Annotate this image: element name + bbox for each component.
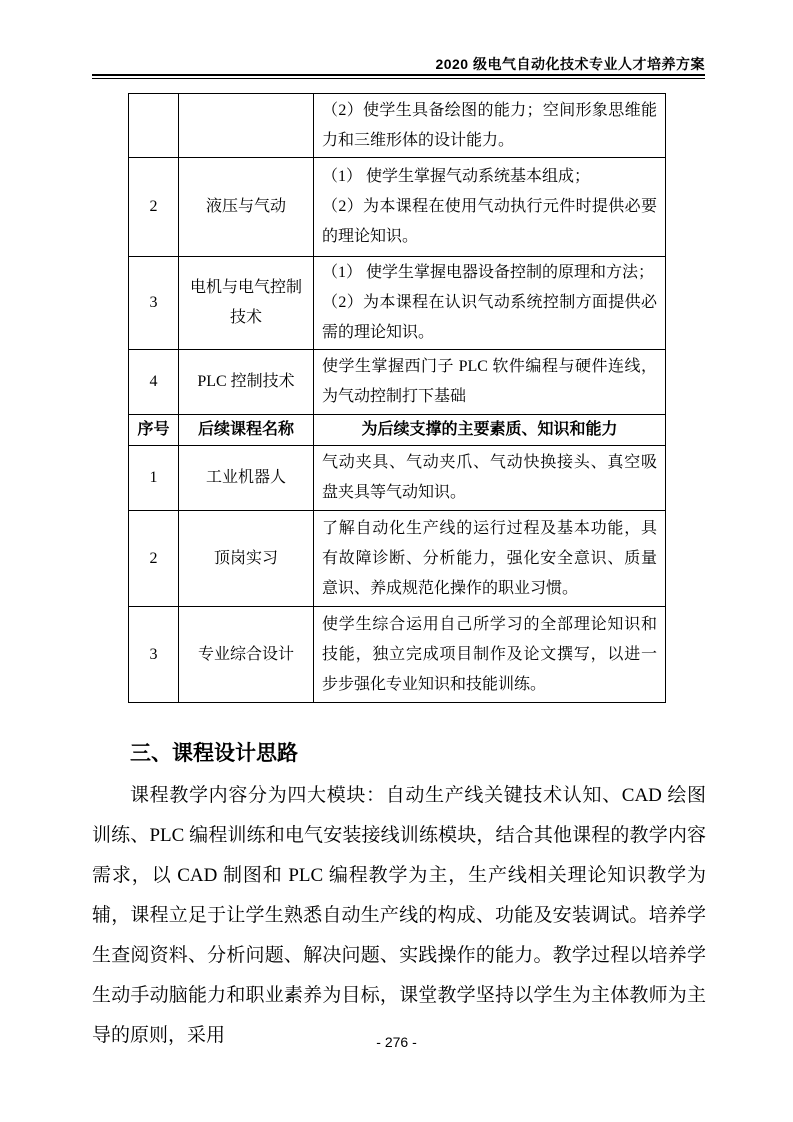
document-page: 2020 级电气自动化技术专业人才培养方案 （2）使学生具备绘图的能力；空间形象… bbox=[0, 0, 793, 1122]
table-row: 2 顶岗实习 了解自动化生产线的运行过程及基本功能，具有故障诊断、分析能力，强化… bbox=[129, 511, 666, 607]
course-description-cell: 气动夹具、气动夹爪、气动快换接头、真空吸盘夹具等气动知识。 bbox=[314, 446, 666, 511]
table-row: （2）使学生具备绘图的能力；空间形象思维能力和三维形体的设计能力。 bbox=[129, 94, 666, 158]
row-number-cell bbox=[129, 94, 179, 158]
table-row: 3 专业综合设计 使学生综合运用自己所学习的全部理论知识和技能，独立完成项目制作… bbox=[129, 607, 666, 703]
page-number: - 276 - bbox=[0, 1034, 793, 1050]
table-row: 4 PLC 控制技术 使学生掌握西门子 PLC 软件编程与硬件连线，为气动控制打… bbox=[129, 350, 666, 415]
course-name-cell: 顶岗实习 bbox=[179, 511, 314, 607]
table-row: 2 液压与气动 （1） 使学生掌握气动系统基本组成；（2）为本课程在使用气动执行… bbox=[129, 158, 666, 257]
course-name-cell: 专业综合设计 bbox=[179, 607, 314, 703]
header-title: 2020 级电气自动化技术专业人才培养方案 bbox=[435, 54, 705, 74]
course-name-cell bbox=[179, 94, 314, 158]
course-description-cell: 使学生掌握西门子 PLC 软件编程与硬件连线，为气动控制打下基础 bbox=[314, 350, 666, 415]
course-description-cell: 使学生综合运用自己所学习的全部理论知识和技能，独立完成项目制作及论文撰写，以进一… bbox=[314, 607, 666, 703]
row-number-cell: 4 bbox=[129, 350, 179, 415]
row-number-cell: 2 bbox=[129, 511, 179, 607]
course-description-cell: （2）使学生具备绘图的能力；空间形象思维能力和三维形体的设计能力。 bbox=[314, 94, 666, 158]
course-support-table: （2）使学生具备绘图的能力；空间形象思维能力和三维形体的设计能力。 2 液压与气… bbox=[128, 93, 666, 703]
course-description-cell: 了解自动化生产线的运行过程及基本功能，具有故障诊断、分析能力，强化安全意识、质量… bbox=[314, 511, 666, 607]
table-row: 3 电机与电气控制技术 （1） 使学生掌握电器设备控制的原理和方法；（2）为本课… bbox=[129, 257, 666, 350]
body-paragraph: 课程教学内容分为四大模块：自动生产线关键技术认知、CAD 绘图训练、PLC 编程… bbox=[92, 776, 706, 1056]
column-header-description: 为后续支撑的主要素质、知识和能力 bbox=[314, 415, 666, 446]
header-rule-double-line bbox=[92, 74, 705, 79]
course-name-cell: 工业机器人 bbox=[179, 446, 314, 511]
course-name-cell: 电机与电气控制技术 bbox=[179, 257, 314, 350]
table-row: 1 工业机器人 气动夹具、气动夹爪、气动快换接头、真空吸盘夹具等气动知识。 bbox=[129, 446, 666, 511]
course-name-cell: PLC 控制技术 bbox=[179, 350, 314, 415]
course-description-cell: （1） 使学生掌握气动系统基本组成；（2）为本课程在使用气动执行元件时提供必要的… bbox=[314, 158, 666, 257]
course-description-cell: （1） 使学生掌握电器设备控制的原理和方法；（2）为本课程在认识气动系统控制方面… bbox=[314, 257, 666, 350]
row-number-cell: 3 bbox=[129, 257, 179, 350]
course-name-cell: 液压与气动 bbox=[179, 158, 314, 257]
section-heading: 三、课程设计思路 bbox=[130, 740, 298, 767]
column-header-course: 后续课程名称 bbox=[179, 415, 314, 446]
row-number-cell: 1 bbox=[129, 446, 179, 511]
row-number-cell: 2 bbox=[129, 158, 179, 257]
table-header-row: 序号 后续课程名称 为后续支撑的主要素质、知识和能力 bbox=[129, 415, 666, 446]
column-header-number: 序号 bbox=[129, 415, 179, 446]
row-number-cell: 3 bbox=[129, 607, 179, 703]
